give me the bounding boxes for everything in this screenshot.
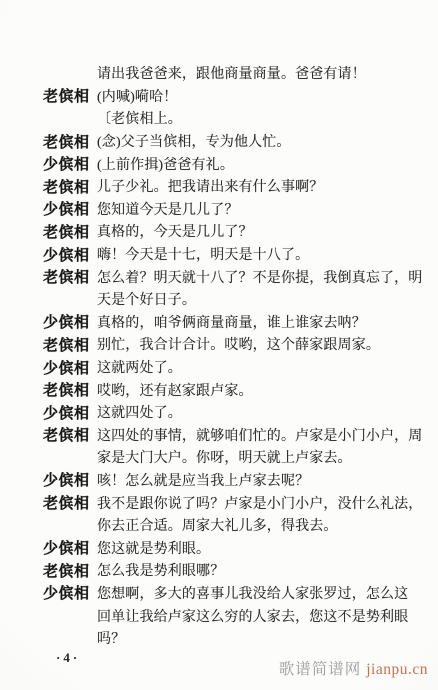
dialogue-text: 这就四处了。: [97, 402, 424, 422]
dialogue-text: 这四处的事情，就够咱们忙的。卢家是小门小户，周: [97, 425, 424, 445]
page-number: ·4·: [56, 650, 80, 666]
dialogue-text: 嗨！今天是十七，明天是十八了。: [97, 244, 424, 264]
script-line: 老傧相 怎么我是势利眼哪？: [43, 559, 424, 582]
dialogue-text: 家是大门大户。你呀，明天就上卢家去。: [97, 447, 424, 467]
script-line: 〔老傧相上。: [43, 107, 424, 130]
script-line: 少傧相 (上前作揖)爸爸有礼。: [43, 152, 424, 175]
dialogue-text: 怎么我是势利眼哪？: [97, 560, 424, 580]
script-line: 老傧相 怎么着？明天就十八了？不是你提，我倒真忘了，明: [43, 265, 424, 288]
dialogue-text: 吗？: [97, 628, 424, 648]
speaker-label: 少傧相: [43, 469, 97, 490]
speaker-label: 少傧相: [43, 198, 97, 219]
dialogue-text: 您想啊，多大的喜事儿我没给人家张罗过，怎么这: [97, 583, 424, 603]
script-line: 少傧相 这就四处了。: [43, 401, 424, 424]
speaker-label: 少傧相: [43, 537, 97, 558]
dialogue-text: 真格的，咱爷俩商量商量，谁上谁家去呐？: [97, 312, 424, 332]
script-line: 少傧相 咳！怎么就是应当我上卢家去呢？: [43, 469, 424, 492]
dialogue-text: 真格的，今天是几儿了？: [97, 221, 424, 241]
dialogue-text: 我不是跟你说了吗？卢家是小门小户，没什么礼法，: [97, 493, 424, 513]
speaker-label: 老傧相: [43, 492, 97, 513]
script-line: 吗？: [43, 627, 424, 650]
script-line: 老傧相 这四处的事情，就够咱们忙的。卢家是小门小户，周: [43, 424, 424, 447]
script-line: 老傧相 (内喊)嗬哈！: [43, 85, 424, 108]
speaker-label: 老傧相: [43, 131, 97, 152]
script-line: 老傧相 我不是跟你说了吗？卢家是小门小户，没什么礼法，: [43, 491, 424, 514]
dialogue-text: (内喊)嗬哈！: [97, 86, 424, 106]
speaker-label: 老傧相: [43, 176, 97, 197]
script-line: 少傧相 您这就是势利眼。: [43, 536, 424, 559]
speaker-label: 老傧相: [43, 85, 97, 106]
speaker-label: 老傧相: [43, 266, 97, 287]
script-lines: 请出我爸爸来，跟他商量商量。爸爸有请！ 老傧相 (内喊)嗬哈！ 〔老傧相上。 老…: [43, 62, 424, 649]
speaker-label: 少傧相: [43, 582, 97, 603]
dialogue-text: 儿子少礼。把我请出来有什么事啊？: [97, 176, 424, 196]
dialogue-text: 您知道今天是几儿了？: [97, 199, 424, 219]
script-line: 老傧相 哎哟，还有赵家跟卢家。: [43, 378, 424, 401]
dialogue-text: 〔老傧相上。: [97, 108, 424, 128]
script-line: 天是个好日子。: [43, 288, 424, 311]
speaker-label: 少傧相: [43, 244, 97, 265]
speaker-label: 老傧相: [43, 379, 97, 400]
dialogue-text: 回单让我给卢家这么穷的人家去，您这不是势利眼: [97, 606, 424, 626]
script-line: 请出我爸爸来，跟他商量商量。爸爸有请！: [43, 62, 424, 85]
script-line: 少傧相 您想啊，多大的喜事儿我没给人家张罗过，怎么这: [43, 582, 424, 605]
script-line: 少傧相 真格的，咱爷俩商量商量，谁上谁家去呐？: [43, 311, 424, 334]
speaker-label: 少傧相: [43, 357, 97, 378]
dialogue-text: 天是个好日子。: [97, 289, 424, 309]
speaker-label: 老傧相: [43, 334, 97, 355]
watermark: 歌谱简谱网jianpu.cn: [279, 657, 428, 679]
speaker-label: 少傧相: [43, 311, 97, 332]
speaker-label: 老傧相: [43, 424, 97, 445]
script-line: 老傧相 别忙，我合计合计。哎哟，这个薛家跟周家。: [43, 333, 424, 356]
speaker-label: 老傧相: [43, 560, 97, 581]
dialogue-text: 哎哟，还有赵家跟卢家。: [97, 380, 424, 400]
script-line: 回单让我给卢家这么穷的人家去，您这不是势利眼: [43, 604, 424, 627]
script-line: 少傧相 嗨！今天是十七，明天是十八了。: [43, 243, 424, 266]
dialogue-text: 别忙，我合计合计。哎哟，这个薛家跟周家。: [97, 334, 424, 354]
script-line: 家是大门大户。你呀，明天就上卢家去。: [43, 446, 424, 469]
dialogue-text: 你去正合适。周家大礼儿多，得我去。: [97, 515, 424, 535]
speaker-label: 少傧相: [43, 402, 97, 423]
watermark-site-url: jianpu.cn: [366, 661, 428, 678]
scanned-book-page: 请出我爸爸来，跟他商量商量。爸爸有请！ 老傧相 (内喊)嗬哈！ 〔老傧相上。 老…: [0, 0, 438, 690]
dialogue-text: 怎么着？明天就十八了？不是你提，我倒真忘了，明: [97, 267, 424, 287]
script-line: 少傧相 您知道今天是几儿了？: [43, 198, 424, 221]
watermark-site-name: 歌谱简谱网: [279, 661, 362, 678]
dialogue-text: (上前作揖)爸爸有礼。: [97, 154, 424, 174]
script-line: 少傧相 这就两处了。: [43, 356, 424, 379]
dialogue-text: 您这就是势利眼。: [97, 538, 424, 558]
speaker-label: 少傧相: [43, 153, 97, 174]
dialogue-text: 这就两处了。: [97, 357, 424, 377]
dialogue-text: 请出我爸爸来，跟他商量商量。爸爸有请！: [97, 63, 424, 83]
speaker-label: 老傧相: [43, 221, 97, 242]
script-line: 老傧相 儿子少礼。把我请出来有什么事啊？: [43, 175, 424, 198]
dialogue-text: 咳！怎么就是应当我上卢家去呢？: [97, 470, 424, 490]
script-line: 老傧相 真格的，今天是几儿了？: [43, 220, 424, 243]
dialogue-text: (念)父子当傧相，专为他人忙。: [97, 131, 424, 151]
script-line: 你去正合适。周家大礼儿多，得我去。: [43, 514, 424, 537]
script-line: 老傧相 (念)父子当傧相，专为他人忙。: [43, 130, 424, 153]
